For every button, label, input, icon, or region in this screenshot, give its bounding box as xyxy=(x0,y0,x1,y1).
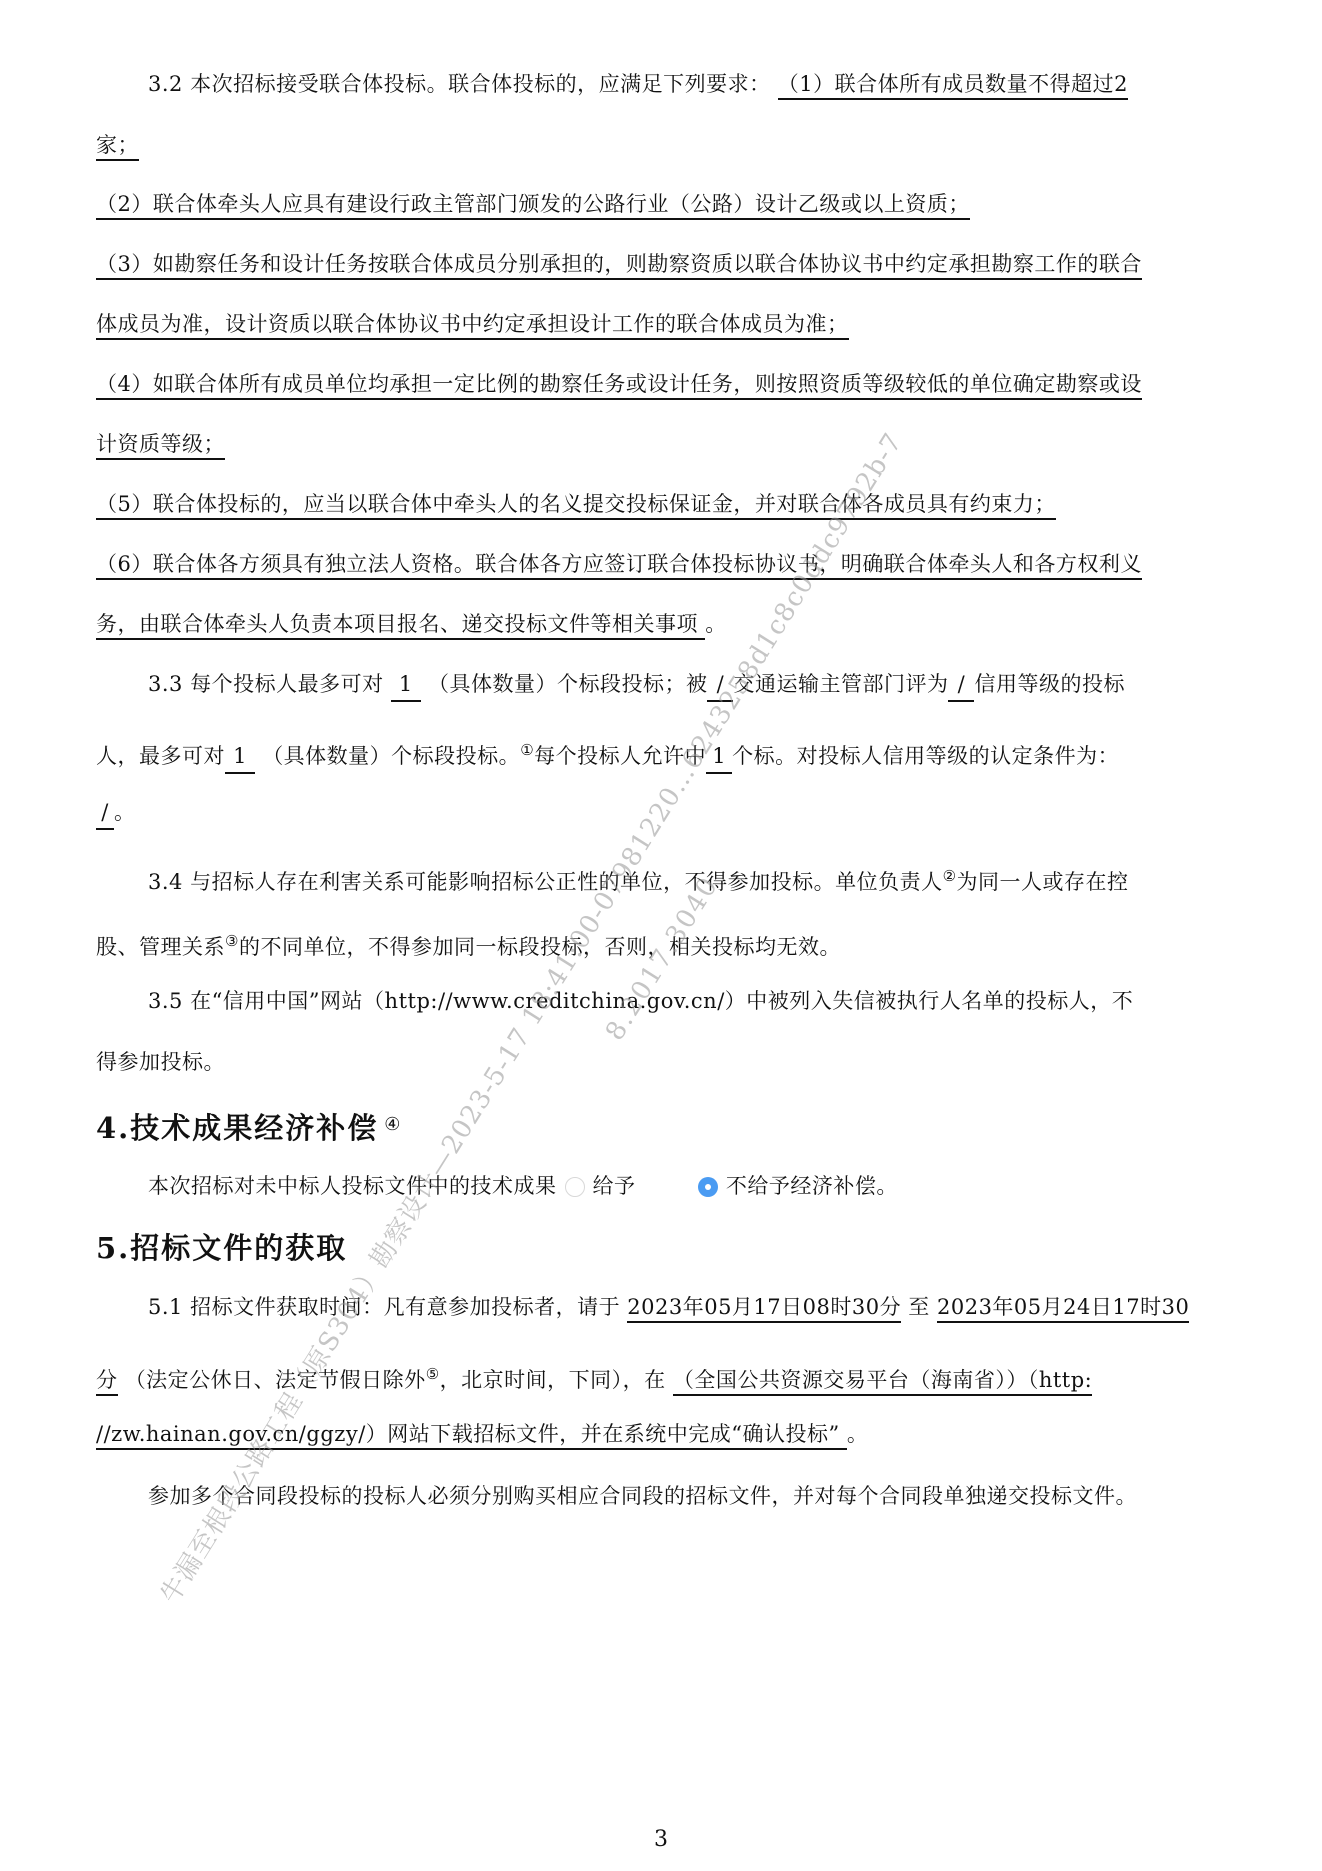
req-3-text-a: （3）如勘察任务和设计任务按联合体成员分别承担的，则勘察资质以联合体协议书中约定… xyxy=(96,252,1142,280)
req-1-text-b: 家； xyxy=(96,133,139,161)
footnote-1-marker[interactable]: ① xyxy=(520,741,534,759)
footnote-2-marker[interactable]: ② xyxy=(943,867,957,885)
rated-by-field: / xyxy=(707,670,733,702)
para-3-3-text5: 人，最多可对 xyxy=(96,744,225,768)
para-5-1-line1: 5.1 招标文件获取时间：凡有意参加投标者，请于 2023年05月17日08时3… xyxy=(148,1293,1189,1321)
req-5-text: （5）联合体投标的，应当以联合体中牵头人的名义提交投标保证金，并对联合体各成员具… xyxy=(96,492,1056,520)
platform-field-b: //zw.hainan.gov.cn/ggzy/）网站下载招标文件，并在系统中完… xyxy=(96,1422,847,1450)
credit-level-field: / xyxy=(948,670,974,702)
section-4-title: 4.技术成果经济补偿 xyxy=(96,1111,378,1145)
radio-give[interactable] xyxy=(565,1177,585,1197)
section-5-heading: 5.招标文件的获取 xyxy=(96,1230,347,1266)
para-3-4-line2: 股、管理关系③的不同单位，不得参加同一标段投标，否则，相关投标均无效。 xyxy=(96,927,841,961)
para-3-3-text7: 每个投标人允许中 xyxy=(534,744,706,768)
footnote-3-marker[interactable]: ③ xyxy=(225,932,239,950)
req-2-text: （2）联合体牵头人应具有建设行政主管部门颁发的公路行业（公路）设计乙级或以上资质… xyxy=(96,192,970,220)
para-5-note-text: 参加多个合同段投标的投标人必须分别购买相应合同段的招标文件，并对每个合同段单独递… xyxy=(148,1484,1137,1508)
req-2: （2）联合体牵头人应具有建设行政主管部门颁发的公路行业（公路）设计乙级或以上资质… xyxy=(96,190,970,218)
req-6-line1: （6）联合体各方须具有独立法人资格。联合体各方应签订联合体投标协议书，明确联合体… xyxy=(96,550,1142,578)
para-3-4-text1: 3.4 与招标人存在利害关系可能影响招标公正性的单位，不得参加投标。单位负责人 xyxy=(148,870,943,894)
to-label: 至 xyxy=(908,1295,930,1319)
end-time-field-b: 分 xyxy=(96,1368,118,1396)
para-5-1-end: 。 xyxy=(847,1422,869,1446)
para-3-3-text1: 3.3 每个投标人最多可对 xyxy=(148,672,384,696)
para-3-2-line2: 家； xyxy=(96,131,139,159)
para-5-1-line2: 分 （法定公休日、法定节假日除外⑤，北京时间，下同），在 （全国公共资源交易平台… xyxy=(96,1360,1092,1394)
req-4-line2: 计资质等级； xyxy=(96,430,225,458)
platform-field-a: （全国公共资源交易平台（海南省））（http: xyxy=(673,1368,1092,1396)
req-4-text-a: （4）如联合体所有成员单位均承担一定比例的勘察任务或设计任务，则按照资质等级较低… xyxy=(96,372,1142,400)
para-5-note: 参加多个合同段投标的投标人必须分别购买相应合同段的招标文件，并对每个合同段单独递… xyxy=(148,1482,1137,1510)
para-3-4-text4: 的不同单位，不得参加同一标段投标，否则，相关投标均无效。 xyxy=(239,935,841,959)
compensation-row: 本次招标对未中标人投标文件中的技术成果给予 不给予经济补偿。 xyxy=(148,1172,898,1200)
radio-not-give[interactable] xyxy=(698,1177,718,1197)
para-3-3-text9: 。 xyxy=(114,800,136,824)
compensation-text: 本次招标对未中标人投标文件中的技术成果 xyxy=(148,1174,557,1198)
start-time-field: 2023年05月17日08时30分 xyxy=(627,1295,901,1323)
para-3-5-text1: 3.5 在“信用中国”网站（http://www.creditchina.gov… xyxy=(148,989,1133,1013)
max-sections-credit-field: 1 xyxy=(225,742,255,774)
req-1-text-a: （1）联合体所有成员数量不得超过2 xyxy=(778,72,1128,100)
para-3-3-line3: /。 xyxy=(96,798,136,830)
req-4-line1: （4）如联合体所有成员单位均承担一定比例的勘察任务或设计任务，则按照资质等级较低… xyxy=(96,370,1142,398)
radio-not-give-label[interactable]: 不给予经济补偿。 xyxy=(726,1174,898,1198)
para-3-3-line2: 人，最多可对1 （具体数量）个标段投标。①每个投标人允许中1个标。对投标人信用等… xyxy=(96,736,1119,774)
max-sections-field: 1 xyxy=(391,670,421,702)
para-3-2-line1: 3.2 本次招标接受联合体投标。联合体投标的，应满足下列要求： （1）联合体所有… xyxy=(148,70,1128,98)
para-3-3-text4: 信用等级的投标 xyxy=(974,672,1125,696)
req-6-text-b: 务，由联合体牵头人负责本项目报名、递交投标文件等相关事项 xyxy=(96,612,705,640)
req-6-line2: 务，由联合体牵头人负责本项目报名、递交投标文件等相关事项 。 xyxy=(96,610,727,638)
para-3-3-text6: （具体数量）个标段投标。 xyxy=(262,744,520,768)
req-6-text-a: （6）联合体各方须具有独立法人资格。联合体各方应签订联合体投标协议书，明确联合体… xyxy=(96,552,1142,580)
para-3-4-text2: 为同一人或存在控 xyxy=(957,870,1129,894)
req-3-line2: 体成员为准，设计资质以联合体协议书中约定承担设计工作的联合体成员为准； xyxy=(96,310,849,338)
para-3-4-line1: 3.4 与招标人存在利害关系可能影响招标公正性的单位，不得参加投标。单位负责人②… xyxy=(148,862,1129,896)
radio-give-label[interactable]: 给予 xyxy=(593,1174,636,1198)
para-3-3-text8: 个标。对投标人信用等级的认定条件为： xyxy=(732,744,1119,768)
max-wins-field: 1 xyxy=(706,742,732,774)
req-6-end: 。 xyxy=(705,612,727,636)
para-3-5-line2: 得参加投标。 xyxy=(96,1048,225,1076)
para-5-1-text1: 5.1 招标文件获取时间：凡有意参加投标者，请于 xyxy=(148,1295,620,1319)
end-time-field-a: 2023年05月24日17时30 xyxy=(937,1295,1189,1323)
section-4-heading: 4.技术成果经济补偿④ xyxy=(96,1107,402,1146)
para-3-3-text2: （具体数量）个标段投标；被 xyxy=(428,672,708,696)
req-4-text-b: 计资质等级； xyxy=(96,432,225,460)
para-3-2-lead: 3.2 本次招标接受联合体投标。联合体投标的，应满足下列要求： xyxy=(148,72,771,96)
footnote-4-marker[interactable]: ④ xyxy=(384,1114,402,1135)
section-5-title: 5.招标文件的获取 xyxy=(96,1231,347,1265)
req-3-line1: （3）如勘察任务和设计任务按联合体成员分别承担的，则勘察资质以联合体协议书中约定… xyxy=(96,250,1142,278)
para-5-1-text3: ，北京时间，下同），在 xyxy=(440,1368,666,1392)
document-page: 3.2 本次招标接受联合体投标。联合体投标的，应满足下列要求： （1）联合体所有… xyxy=(0,0,1322,1871)
para-3-5-line1: 3.5 在“信用中国”网站（http://www.creditchina.gov… xyxy=(148,987,1133,1015)
para-3-3-line1: 3.3 每个投标人最多可对 1 （具体数量）个标段投标；被/交通运输主管部门评为… xyxy=(148,670,1125,702)
para-3-5-text2: 得参加投标。 xyxy=(96,1050,225,1074)
req-3-text-b: 体成员为准，设计资质以联合体协议书中约定承担设计工作的联合体成员为准； xyxy=(96,312,849,340)
req-5: （5）联合体投标的，应当以联合体中牵头人的名义提交投标保证金，并对联合体各成员具… xyxy=(96,490,1056,518)
para-5-1-text2: （法定公休日、法定节假日除外 xyxy=(125,1368,426,1392)
para-5-1-line3: //zw.hainan.gov.cn/ggzy/）网站下载招标文件，并在系统中完… xyxy=(96,1420,868,1448)
para-3-3-text3: 交通运输主管部门评为 xyxy=(733,672,948,696)
para-3-4-text3: 股、管理关系 xyxy=(96,935,225,959)
footnote-5-marker[interactable]: ⑤ xyxy=(426,1365,440,1383)
page-number: 3 xyxy=(0,1827,1322,1852)
credit-condition-field: / xyxy=(96,798,114,830)
